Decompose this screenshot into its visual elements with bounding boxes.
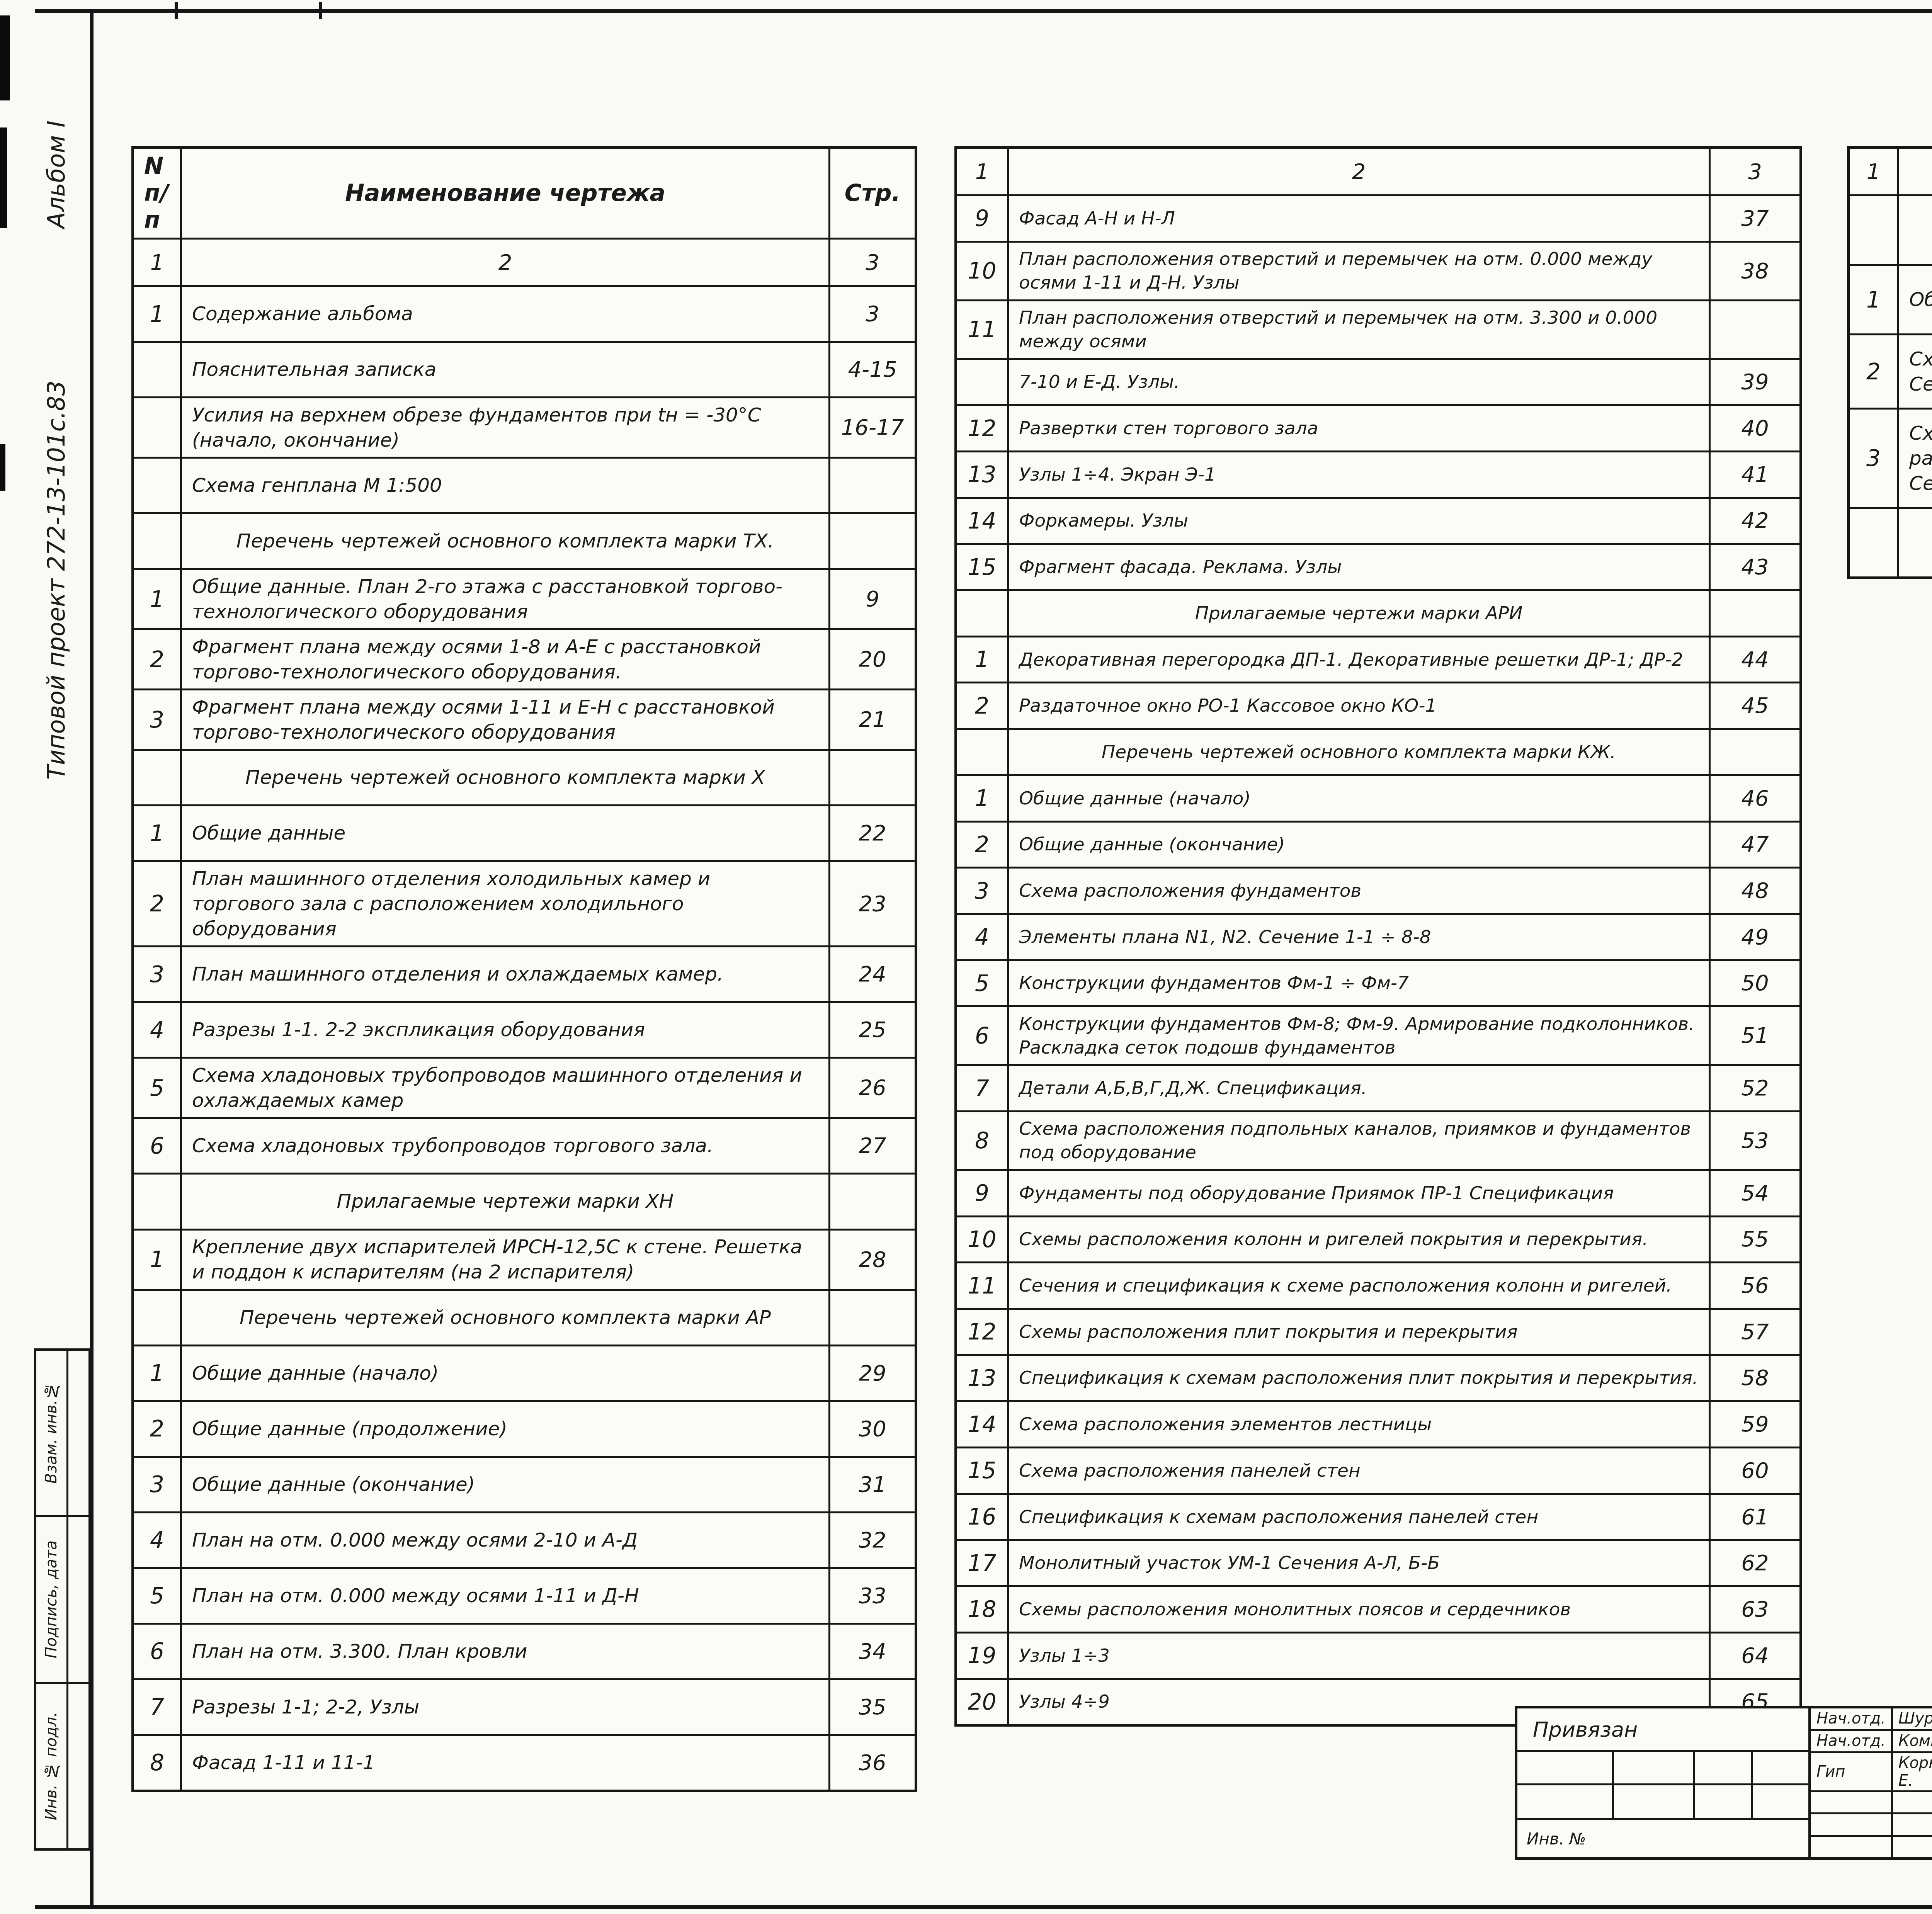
drawing-title: Разрезы 1-1; 2-2, Узлы: [182, 1680, 830, 1734]
drawing-title: Общие данные. План 2-го этажа с расстано…: [182, 570, 830, 628]
drawing-title: Перечень чертежей основного комплекта ма…: [182, 751, 830, 804]
row-number: 1: [134, 806, 182, 860]
table-subheader-row: 1 2 3: [134, 240, 915, 287]
drawing-title: Схемы расположения плит покрытия и перек…: [1009, 1310, 1711, 1354]
row-number: 20: [957, 1680, 1009, 1724]
table-row: 9 Фундаменты под оборудование Приямок ПР…: [957, 1171, 1799, 1217]
table-row: 1 Общие данные. План 2-го этажа с расста…: [134, 570, 915, 630]
drawing-title: Форкамеры. Узлы: [1009, 499, 1711, 543]
page-number: 47: [1711, 823, 1799, 867]
page-number: [830, 514, 915, 568]
row-number: 2: [134, 862, 182, 945]
drawing-title: План машинного отделения холодильных кам…: [182, 862, 830, 945]
row-number: [134, 1291, 182, 1345]
person-name: Шуров: [1893, 1708, 1932, 1729]
drawing-title: Фасад А-Н и Н-Л: [1009, 196, 1711, 241]
drawing-title: План на отм. 0.000 между осями 2-10 и А-…: [182, 1513, 830, 1567]
table-row: 5 Конструкции фундаментов Фм-1 ÷ Фм-7 50: [957, 961, 1799, 1008]
table-row: Перечень чертежей основного комплекта ма…: [134, 514, 915, 570]
table-row: 7 Детали А,Б,В,Г,Д,Ж. Спецификация. 52: [957, 1066, 1799, 1112]
table-row: 10 Схемы расположения колонн и ригелей п…: [957, 1217, 1799, 1264]
table-row: Схема генплана М 1:500: [134, 459, 915, 514]
row-number: 1: [134, 1346, 182, 1400]
table-row: 4 Элементы плана N1, N2. Сечение 1-1 ÷ 8…: [957, 915, 1799, 961]
page-number: 61: [1711, 1495, 1799, 1539]
drawing-title: Общие данные (окончание): [182, 1458, 830, 1511]
table-row: 7-10 и Е-Д. Узлы. 39: [957, 360, 1799, 406]
row-number: 2: [134, 630, 182, 688]
subheader-cell: 1: [134, 240, 182, 285]
row-number: 12: [957, 406, 1009, 450]
row-number: 13: [957, 1356, 1009, 1401]
table-row: 17 Монолитный участок УМ-1 Сечения А-Л, …: [957, 1541, 1799, 1587]
row-number: 2: [134, 1402, 182, 1456]
drawing-title: Содержание альбома: [182, 287, 830, 341]
drawing-title: Схема хладоновых трубопроводов машинного…: [182, 1059, 830, 1117]
row-number: 5: [134, 1569, 182, 1623]
table-row: 6 Схема хладоновых трубопроводов торгово…: [134, 1119, 915, 1175]
table-row: Прилагаемые чертежи марки АРИ: [957, 591, 1799, 637]
table-row: 3 Схема расположения элементов крепления…: [1850, 410, 1932, 509]
page-number: 58: [1711, 1356, 1799, 1401]
table-row: 3 Фрагмент плана между осями 1-11 и Е-Н …: [134, 690, 915, 751]
drawing-title: Общие данные (начало): [182, 1346, 830, 1400]
table-row: 7 Разрезы 1-1; 2-2, Узлы 35: [134, 1680, 915, 1736]
row-number: 10: [957, 243, 1009, 299]
contents-table-right: 1 2 3 Перечень чертежей основного компле…: [1847, 146, 1932, 579]
drawing-title: Фрагмент плана между осями 1-11 и Е-Н с …: [182, 690, 830, 749]
margin-project-label: Типовой проект 272-13-101с.83: [42, 318, 70, 843]
row-number: 15: [957, 1448, 1009, 1493]
drawing-title: Схемы расположения монолитных поясов и с…: [1009, 1587, 1711, 1632]
row-number: 3: [134, 1458, 182, 1511]
table-row: 1 Крепление двух испарителей ИРСН-12,5С …: [134, 1231, 915, 1291]
table-row: Перечень чертежей основного комплекта ма…: [957, 730, 1799, 776]
page-number: 22: [830, 806, 915, 860]
signature-row-empty: [1811, 1814, 1932, 1837]
page-number: 4-15: [830, 343, 915, 396]
margin-box-vzam-inv: Взам. инв.№: [34, 1348, 91, 1515]
row-number: [134, 343, 182, 396]
page-number: 28: [830, 1231, 915, 1289]
table-row: 3 Общие данные (окончание) 31: [134, 1458, 915, 1513]
drawing-title: Общие данные (начало): [1009, 776, 1711, 821]
binding-stamp-box: Привязан Инв. №: [1515, 1706, 1814, 1860]
page-number: 40: [1711, 406, 1799, 450]
drawing-title: Перечень чертежей основного комплекта ма…: [182, 514, 830, 568]
frame-bottom-line: [35, 1905, 1932, 1909]
drawing-title: Общие данные: [182, 806, 830, 860]
table-row: 8 Схема расположения подпольных каналов,…: [957, 1112, 1799, 1171]
subheader-cell: 1: [1850, 149, 1899, 194]
table-row: 1 Общие данные (начало) 29: [134, 1346, 915, 1402]
person-role: Нач.отд.: [1811, 1708, 1893, 1729]
row-number: 3: [134, 690, 182, 749]
table-row: 2 Общие данные (продолжение) 30: [134, 1402, 915, 1458]
drawing-title: Схема расположения фундаментов: [1009, 869, 1711, 913]
table-row: 4 Разрезы 1-1. 2-2 экспликация оборудова…: [134, 1003, 915, 1059]
page-number: 55: [1711, 1217, 1799, 1262]
margin-box-label: Взам. инв.№: [36, 1351, 66, 1515]
signature-row: Гип Корнгольд Е.: [1811, 1753, 1932, 1792]
table-row: 16 Спецификация к схемам расположения па…: [957, 1495, 1799, 1541]
page-number: 26: [830, 1059, 915, 1117]
page-number: 38: [1711, 243, 1799, 299]
page-number: [830, 751, 915, 804]
margin-box-inv-podl: Инв. № подл.: [34, 1682, 91, 1851]
row-number: [957, 591, 1009, 636]
page-number: 54: [1711, 1171, 1799, 1215]
row-number: [134, 398, 182, 457]
row-number: 15: [957, 545, 1009, 589]
column-header-page: Стр.: [830, 149, 915, 238]
row-number: 11: [957, 301, 1009, 358]
table-row: Перечень чертежей основного комплекта ма…: [134, 751, 915, 806]
drawing-title: Монолитный участок УМ-1 Сечения А-Л, Б-Б: [1009, 1541, 1711, 1585]
row-number: 18: [957, 1587, 1009, 1632]
table-row: Перечень чертежей основного комплекта ма…: [134, 1291, 915, 1346]
row-number: 5: [957, 961, 1009, 1006]
drawing-title: Схемы расположения элементов витрин и та…: [1899, 335, 1932, 408]
row-number: 3: [134, 947, 182, 1001]
table-row: 12 Развертки стен торгового зала 40: [957, 406, 1799, 452]
row-number: [134, 459, 182, 512]
table-row: 11 Сечения и спецификация к схеме распол…: [957, 1263, 1799, 1310]
margin-box-label: Подпись, дата: [36, 1517, 66, 1681]
person-role: Гип: [1811, 1753, 1893, 1790]
row-number: 4: [134, 1513, 182, 1567]
drawing-title: Общие данные (окончание): [1009, 823, 1711, 867]
drawing-title: Схема хладоновых трубопроводов торгового…: [182, 1119, 830, 1173]
row-number: 10: [957, 1217, 1009, 1262]
drawing-title: Схема расположения элементов крепления ф…: [1899, 410, 1932, 507]
table-row: 2 Схемы расположения элементов витрин и …: [1850, 335, 1932, 410]
row-number: 1: [957, 776, 1009, 821]
drawing-title: Общие данные: [1899, 266, 1932, 333]
drawing-title: [1899, 509, 1932, 576]
drawing-title: Перечень чертежей основного комплекта ма…: [1009, 730, 1711, 774]
row-number: 19: [957, 1634, 1009, 1678]
page-number: 31: [830, 1458, 915, 1511]
table-row: 2 Фрагмент плана между осями 1-8 и А-Е с…: [134, 630, 915, 690]
drawing-title: Схема расположения панелей стен: [1009, 1448, 1711, 1493]
table-row: 18 Схемы расположения монолитных поясов …: [957, 1587, 1799, 1634]
drawing-title: Фасад 1-11 и 11-1: [182, 1736, 830, 1790]
drawing-title: Узлы 1÷3: [1009, 1634, 1711, 1678]
table-row: 11 План расположения отверстий и перемыч…: [957, 301, 1799, 360]
drawing-title: Спецификация к схемам расположения панел…: [1009, 1495, 1711, 1539]
page-number: 30: [830, 1402, 915, 1456]
scan-artifact: [0, 444, 5, 491]
margin-box-subcolumn: [66, 1684, 88, 1848]
page-number: 51: [1711, 1007, 1799, 1064]
table-row: 5 Схема хладоновых трубопроводов машинно…: [134, 1059, 915, 1119]
page-number: 32: [830, 1513, 915, 1567]
drawing-title: Схемы расположения колонн и ригелей покр…: [1009, 1217, 1711, 1262]
drawing-title: Детали А,Б,В,Г,Д,Ж. Спецификация.: [1009, 1066, 1711, 1110]
page-number: 25: [830, 1003, 915, 1057]
page-number: 63: [1711, 1587, 1799, 1632]
page-number: 48: [1711, 869, 1799, 913]
drawing-title: План на отм. 0.000 между осями 1-11 и Д-…: [182, 1569, 830, 1623]
page-number: 45: [1711, 683, 1799, 728]
table-row: 14 Форкамеры. Узлы 42: [957, 499, 1799, 545]
row-number: 9: [957, 196, 1009, 241]
table-row: 13 Узлы 1÷4. Экран Э-1 41: [957, 452, 1799, 499]
page-number: 62: [1711, 1541, 1799, 1585]
margin-box-stack: Взам. инв.№ Подпись, дата Инв. № подл.: [34, 1348, 91, 1851]
column-header-num: N п/п: [134, 149, 182, 238]
row-number: [134, 514, 182, 568]
subheader-cell: 2: [182, 240, 830, 285]
row-number: 5: [134, 1059, 182, 1117]
page-number: 44: [1711, 637, 1799, 682]
row-number: 3: [1850, 410, 1899, 507]
table-row: 1 Декоративная перегородка ДП-1. Декорат…: [957, 637, 1799, 684]
table-row: 1 Общие данные 22: [134, 806, 915, 862]
drawing-title: Фрагмент плана между осями 1-8 и А-Е с р…: [182, 630, 830, 688]
table-row: 15 Фрагмент фасада. Реклама. Узлы 43: [957, 545, 1799, 591]
row-number: 1: [1850, 266, 1899, 333]
page-number: 53: [1711, 1112, 1799, 1169]
row-number: 14: [957, 499, 1009, 543]
page-number: 41: [1711, 452, 1799, 497]
page-number: [830, 1291, 915, 1345]
row-number: 7: [134, 1680, 182, 1734]
page-number: 37: [1711, 196, 1799, 241]
row-number: [1850, 196, 1899, 264]
page-number: 24: [830, 947, 915, 1001]
page-number: 57: [1711, 1310, 1799, 1354]
drawing-title: Крепление двух испарителей ИРСН-12,5С к …: [182, 1231, 830, 1289]
margin-box-label: Инв. № подл.: [36, 1684, 66, 1848]
page-number: 33: [830, 1569, 915, 1623]
row-number: 1: [134, 570, 182, 628]
table-row: 2 План машинного отделения холодильных к…: [134, 862, 915, 947]
row-number: 7: [957, 1066, 1009, 1110]
drawing-title: План расположения отверстий и перемычек …: [1009, 301, 1711, 358]
drawing-title: Раздаточное окно РО-1 Кассовое окно КО-1: [1009, 683, 1711, 728]
row-number: 11: [957, 1263, 1009, 1308]
table-body: Перечень чертежей основного комплекта Ма…: [1850, 196, 1932, 576]
row-number: 8: [134, 1736, 182, 1790]
drawing-title: Прилагаемые чертежи марки ХН: [182, 1175, 830, 1228]
row-number: 2: [1850, 335, 1899, 408]
page-number: [830, 459, 915, 512]
page-number: 34: [830, 1625, 915, 1678]
drawing-title: Прилагаемые чертежи марки АРИ: [1009, 591, 1711, 636]
row-number: 4: [957, 915, 1009, 959]
drawing-title: Декоративная перегородка ДП-1. Декоратив…: [1009, 637, 1711, 682]
subheader-cell: 3: [830, 240, 915, 285]
row-number: 6: [134, 1119, 182, 1173]
contents-table-middle: 1 2 3 9 Фасад А-Н и Н-Л 37 10 План распо…: [954, 146, 1802, 1727]
page-number: 56: [1711, 1263, 1799, 1308]
row-number: 13: [957, 452, 1009, 497]
row-number: 3: [957, 869, 1009, 913]
page-number: 49: [1711, 915, 1799, 959]
drawing-title: Схема расположения подпольных каналов, п…: [1009, 1112, 1711, 1169]
row-number: 1: [134, 287, 182, 341]
drawing-title: Пояснительная записка: [182, 343, 830, 396]
drawing-title: Усилия на верхнем обрезе фундаментов при…: [182, 398, 830, 457]
drawing-title: План на отм. 3.300. План кровли: [182, 1625, 830, 1678]
drawing-title: План расположения отверстий и перемычек …: [1009, 243, 1711, 299]
table-row: 4 План на отм. 0.000 между осями 2-10 и …: [134, 1513, 915, 1569]
binding-inv-label: Инв. №: [1517, 1818, 1811, 1857]
drawing-title: Развертки стен торгового зала: [1009, 406, 1711, 450]
subheader-cell: 1: [957, 149, 1009, 194]
margin-box-subcolumn: [66, 1351, 88, 1515]
table-row: 6 Конструкции фундаментов Фм-8; Фм-9. Ар…: [957, 1007, 1799, 1066]
contents-table-left: N п/п Наименование чертежа Стр. 1 2 3 1 …: [131, 146, 917, 1792]
row-number: 6: [134, 1625, 182, 1678]
table-row: 6 План на отм. 3.300. План кровли 34: [134, 1625, 915, 1680]
row-number: 1: [957, 637, 1009, 682]
scan-artifact: [0, 127, 7, 228]
row-number: 4: [134, 1003, 182, 1057]
row-number: 16: [957, 1495, 1009, 1539]
row-number: 6: [957, 1007, 1009, 1064]
signature-row-empty: [1811, 1792, 1932, 1815]
drawing-title: Разрезы 1-1. 2-2 экспликация оборудовани…: [182, 1003, 830, 1057]
binding-label: Привязан: [1517, 1708, 1811, 1752]
scanned-drawing-sheet: 3 Альбом I Типовой проект 272-13-101с.83…: [0, 0, 1932, 1914]
page-number: 36: [830, 1736, 915, 1790]
row-number: [957, 360, 1009, 404]
table-row: Усилия на верхнем обрезе фундаментов при…: [134, 398, 915, 459]
table-row: 2 Раздаточное окно РО-1 Кассовое окно КО…: [957, 683, 1799, 730]
table-row: 15 Схема расположения панелей стен 60: [957, 1448, 1799, 1495]
page-number: 9: [830, 570, 915, 628]
drawing-title: Элементы плана N1, N2. Сечение 1-1 ÷ 8-8: [1009, 915, 1711, 959]
page-number: [1711, 591, 1799, 636]
subheader-cell: 2: [1009, 149, 1711, 194]
page-number: 52: [1711, 1066, 1799, 1110]
row-number: 8: [957, 1112, 1009, 1169]
row-number: [1850, 509, 1899, 576]
page-number: 46: [1711, 776, 1799, 821]
registration-tick: [319, 2, 322, 19]
page-number: 21: [830, 690, 915, 749]
binding-grid: [1517, 1752, 1811, 1818]
drawing-title: План машинного отделения и охлаждаемых к…: [182, 947, 830, 1001]
table-body: 9 Фасад А-Н и Н-Л 37 10 План расположени…: [957, 196, 1799, 1724]
table-row: 2 Общие данные (окончание) 47: [957, 823, 1799, 869]
table-header-row: N п/п Наименование чертежа Стр.: [134, 149, 915, 240]
person-role: Нач.отд.: [1811, 1731, 1893, 1751]
row-number: 2: [957, 823, 1009, 867]
table-row: [1850, 509, 1932, 576]
page-number: 50: [1711, 961, 1799, 1006]
page-number: [830, 1175, 915, 1228]
person-name: Компанеец: [1893, 1731, 1932, 1751]
drawing-title: 7-10 и Е-Д. Узлы.: [1009, 360, 1711, 404]
signature-row-empty: [1811, 1837, 1932, 1857]
signature-row: Нач.отд. Шуров: [1811, 1708, 1932, 1731]
drawing-title: Узлы 1÷4. Экран Э-1: [1009, 452, 1711, 497]
page-number: 16-17: [830, 398, 915, 457]
table-subheader-row: 1 2 3: [957, 149, 1799, 196]
table-row: 5 План на отм. 0.000 между осями 1-11 и …: [134, 1569, 915, 1625]
table-row: Перечень чертежей основного комплекта Ма…: [1850, 196, 1932, 266]
subheader-cell: 2: [1899, 149, 1932, 194]
table-row: 13 Спецификация к схемам расположения пл…: [957, 1356, 1799, 1402]
page-number: 59: [1711, 1402, 1799, 1447]
drawing-title: Общие данные (продолжение): [182, 1402, 830, 1456]
page-number: 35: [830, 1680, 915, 1734]
table-row: 10 План расположения отверстий и перемыч…: [957, 243, 1799, 301]
drawing-title: Спецификация к схемам расположения плит …: [1009, 1356, 1711, 1401]
signature-row: Нач.отд. Компанеец: [1811, 1731, 1932, 1753]
table-row: Пояснительная записка 4-15: [134, 343, 915, 398]
page-number: 39: [1711, 360, 1799, 404]
table-row: 1 Содержание альбома 3: [134, 287, 915, 343]
table-subheader-row: 1 2 3: [1850, 149, 1932, 196]
page-number: 60: [1711, 1448, 1799, 1493]
table-row: 1 Общие данные (начало) 46: [957, 776, 1799, 823]
row-number: 17: [957, 1541, 1009, 1585]
drawing-title: Фундаменты под оборудование Приямок ПР-1…: [1009, 1171, 1711, 1215]
drawing-title: Перечень чертежей основного комплекта ма…: [182, 1291, 830, 1345]
table-row: 14 Схема расположения элементов лестницы…: [957, 1402, 1799, 1448]
row-number: [134, 1175, 182, 1228]
row-number: 9: [957, 1171, 1009, 1215]
page-number: 43: [1711, 545, 1799, 589]
table-row: 3 План машинного отделения и охлаждаемых…: [134, 947, 915, 1003]
page-number: 29: [830, 1346, 915, 1400]
table-row: Прилагаемые чертежи марки ХН: [134, 1175, 915, 1230]
margin-box-subcolumn: [66, 1517, 88, 1681]
scan-artifact: [0, 15, 10, 100]
person-name: Корнгольд Е.: [1893, 1753, 1932, 1790]
margin-box-podpis-data: Подпись, дата: [34, 1515, 91, 1681]
row-number: [957, 730, 1009, 774]
drawing-title: Схема расположения элементов лестницы: [1009, 1402, 1711, 1447]
registration-tick: [175, 2, 178, 19]
drawing-title: Конструкции фундаментов Фм-1 ÷ Фм-7: [1009, 961, 1711, 1006]
page-number: 27: [830, 1119, 915, 1173]
drawing-title: Фрагмент фасада. Реклама. Узлы: [1009, 545, 1711, 589]
drawing-title: Схема генплана М 1:500: [182, 459, 830, 512]
page-number: 42: [1711, 499, 1799, 543]
row-number: [134, 751, 182, 804]
table-row: 12 Схемы расположения плит покрытия и пе…: [957, 1310, 1799, 1356]
signatures-grid: Нач.отд. Шуров Нач.отд. Компанеец: [1808, 1706, 1932, 1860]
table-body: 1 Содержание альбома 3 Пояснительная зап…: [134, 287, 915, 1790]
margin-album-label: Альбом I: [42, 101, 70, 248]
drawing-title: Сечения и спецификация к схеме расположе…: [1009, 1263, 1711, 1308]
table-row: 1 Общие данные 66: [1850, 266, 1932, 335]
subheader-cell: 3: [1711, 149, 1799, 194]
row-number: 14: [957, 1402, 1009, 1447]
page-number: 3: [830, 287, 915, 341]
drawing-title: Перечень чертежей основного комплекта Ма…: [1899, 196, 1932, 264]
drawing-title: Конструкции фундаментов Фм-8; Фм-9. Арми…: [1009, 1007, 1711, 1064]
row-number: 2: [957, 683, 1009, 728]
page-number: [1711, 301, 1799, 358]
row-number: 1: [134, 1231, 182, 1289]
table-row: 8 Фасад 1-11 и 11-1 36: [134, 1736, 915, 1790]
page-number: 20: [830, 630, 915, 688]
table-row: 9 Фасад А-Н и Н-Л 37: [957, 196, 1799, 243]
page-number: 64: [1711, 1634, 1799, 1678]
table-row: 3 Схема расположения фундаментов 48: [957, 869, 1799, 915]
page-number: [1711, 730, 1799, 774]
table-row: 19 Узлы 1÷3 64: [957, 1634, 1799, 1680]
row-number: 12: [957, 1310, 1009, 1354]
page-number: 23: [830, 862, 915, 945]
